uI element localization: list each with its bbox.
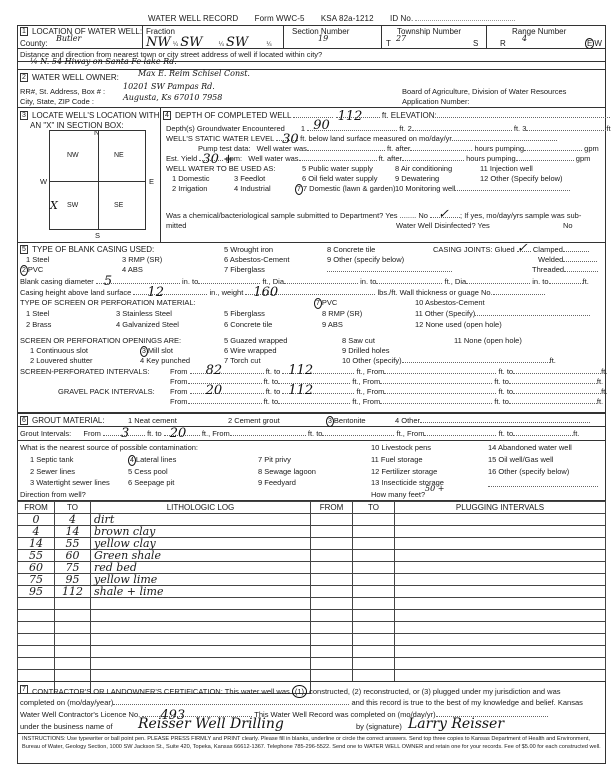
screen-intervals-row-2: From ft. to ft., From ft. toft. (170, 377, 603, 386)
table-row (311, 574, 606, 586)
opening-7[interactable]: 7 Torch cut (224, 356, 261, 365)
casing-6[interactable]: 6 Asbestos-Cement (224, 255, 289, 264)
form-number: Form WWC-5 (255, 14, 305, 23)
grout-4[interactable]: 4 Other (395, 416, 590, 425)
contam-2[interactable]: 2 Sewer lines (30, 467, 75, 476)
screen-8[interactable]: 8 RMP (SR) (322, 309, 362, 318)
table-row (311, 550, 606, 562)
yield-row: Est. Yield 30 + gpm: Well water was ft. … (166, 154, 590, 163)
casing-3[interactable]: 3 RMP (SR) (122, 255, 162, 264)
id-field[interactable] (415, 20, 515, 21)
contam-9[interactable]: 9 Feedyard (258, 478, 296, 487)
diameter-row: Blank casing diameter 5 in. to ft., Dia … (20, 277, 589, 286)
static-level-row: WELL'S STATIC WATER LEVEL 30 ft. below l… (166, 134, 557, 143)
owner-value[interactable]: Max E. Reim Schisel Const. (138, 69, 250, 78)
col-lithologic-log: LITHOLOGIC LOG (91, 502, 311, 514)
screen-7-selected[interactable]: 7PVC (314, 298, 337, 309)
table-row: 1455yellow clay (18, 538, 311, 550)
use-12[interactable]: 12 Other (Specify below) (480, 174, 563, 183)
contam-1[interactable]: 1 Septic tank (30, 455, 73, 464)
opening-5[interactable]: 5 Guazed wrapped (224, 336, 287, 345)
table-row (311, 622, 606, 634)
blank-casing-heading: 5TYPE OF BLANK CASING USED: (20, 245, 154, 254)
table-row: 5560Green shale (18, 550, 311, 562)
threaded-option[interactable]: Threaded (532, 265, 598, 274)
table-row (311, 526, 606, 538)
screen-intervals-label: SCREEN-PERFORATED INTERVALS: (20, 367, 150, 376)
casing-2-selected[interactable]: 2PVC (20, 265, 43, 276)
diameter-value[interactable]: 5 (104, 274, 112, 289)
table-row (18, 670, 311, 682)
use-10[interactable]: 10 Monitoring well (395, 184, 570, 193)
city-value[interactable]: Augusta, Ks 67010 7958 (123, 93, 222, 102)
grout-intervals-row: Grout Intervals: From 3 ft. to 20 ft., F… (20, 429, 579, 438)
opening-10[interactable]: 10 Other (specify)ft. (342, 356, 556, 365)
contam-14[interactable]: 14 Abandoned water well (488, 443, 572, 452)
use-5[interactable]: 5 Public water supply (302, 164, 373, 173)
contam-12[interactable]: 12 Fertilizer storage (371, 467, 437, 476)
table-row (311, 538, 606, 550)
table-row: 414brown clay (18, 526, 311, 538)
opening-1[interactable]: 1 Continuous slot (30, 346, 88, 355)
contam-5[interactable]: 5 Cess pool (128, 467, 168, 476)
table-row (311, 598, 606, 610)
form-title-line: WATER WELL RECORD Form WWC-5 KSA 82a-121… (148, 14, 529, 23)
screen-to-value[interactable]: 112 (288, 363, 313, 378)
contam-8[interactable]: 8 Sewage lagoon (258, 467, 316, 476)
screen-6[interactable]: 6 Concrete tile (224, 320, 272, 329)
depth-value[interactable]: 112 (338, 109, 363, 124)
casing-8[interactable]: 8 Concrete tile (327, 245, 375, 254)
table-row (311, 610, 606, 622)
grout-heading: 6GROUT MATERIAL: (20, 416, 105, 425)
quadrant-nw: NW (67, 152, 79, 159)
col-from: FROM (18, 502, 55, 514)
gravel-label: GRAVEL PACK INTERVALS: (58, 387, 155, 396)
opening-4[interactable]: 4 Key punched (140, 356, 190, 365)
table-row (311, 658, 606, 670)
lithologic-header-row: FROM TO LITHOLOGIC LOG (18, 502, 311, 514)
opening-2[interactable]: 2 Louvered shutter (30, 356, 93, 365)
casing-7[interactable]: 7 Fiberglass (224, 265, 265, 274)
col-plug-from: FROM (311, 502, 353, 514)
gravel-to-value[interactable]: 112 (288, 383, 313, 398)
table-row (18, 634, 311, 646)
lithologic-log-table: FROM TO LITHOLOGIC LOG 04dirt 414brown c… (17, 501, 311, 694)
board-label: Board of Agriculture, Division of Water … (402, 87, 566, 96)
screen-5[interactable]: 5 Fiberglass (224, 309, 265, 318)
compass-w: W (40, 177, 47, 186)
section-box-grid[interactable]: NW NE SW SE X (49, 130, 146, 230)
compass-e: E (149, 177, 154, 186)
certification-line-2: completed on (mo/day/year) and this reco… (20, 698, 583, 707)
business-value[interactable]: Reisser Well Drilling (138, 716, 284, 732)
screen-intervals-row-1: From 82 ft. to 112 ft., From ft. toft. (170, 367, 607, 376)
use-9[interactable]: 9 Dewatering (395, 174, 439, 183)
table-row (311, 586, 606, 598)
use-7-selected[interactable]: 77 Domestic (lawn & garden) (295, 184, 395, 195)
township-value[interactable]: 27 (396, 34, 406, 43)
screen-material-heading: TYPE OF SCREEN OR PERFORATION MATERIAL: (20, 298, 196, 307)
use-2[interactable]: 2 Irrigation (172, 184, 207, 193)
contam-15[interactable]: 15 Oil well/Gas well (488, 455, 553, 464)
depth-row: 4DEPTH OF COMPLETED WELL 112 ft. ELEVATI… (163, 111, 611, 120)
opening-11[interactable]: 11 None (open hole) (454, 336, 522, 345)
contam-3[interactable]: 3 Watertight sewer lines (30, 478, 110, 487)
table-row (18, 646, 311, 658)
casing-5[interactable]: 5 Wrought iron (224, 245, 273, 254)
instructions-text: INSTRUCTIONS: Use typewriter or ball poi… (22, 735, 602, 751)
disinfected-yes[interactable]: Water Well Disinfected? Yes (396, 221, 490, 230)
groundwater-depth-1[interactable]: 90 (313, 118, 330, 133)
signature-value[interactable]: Larry Reisser (408, 716, 504, 732)
screen-11[interactable]: 11 Other (Specify) (415, 309, 590, 318)
table-row (311, 514, 606, 526)
city-label: City, State, ZIP Code : (20, 97, 94, 106)
disinfected-no[interactable]: No (563, 221, 573, 230)
table-row: 6075red bed (18, 562, 311, 574)
casing-height-row: Casing height above land surface 12 in.,… (20, 288, 545, 297)
constructed-circled[interactable]: (1) (292, 685, 307, 698)
table-row: 04dirt (18, 514, 311, 526)
casing-weight-value[interactable]: 160 (253, 285, 278, 300)
use-8[interactable]: 8 Air conditioning (395, 164, 452, 173)
plugging-intervals-table: FROM TO PLUGGING INTERVALS (310, 501, 606, 682)
screen-9[interactable]: 9 ABS (322, 320, 343, 329)
signature-label: by (signature) (356, 722, 402, 731)
quadrant-se: SE (114, 202, 123, 209)
grout-2[interactable]: 2 Cement grout (228, 416, 280, 425)
use-11[interactable]: 11 Injection well (480, 164, 533, 173)
quadrant-sw: SW (67, 202, 78, 209)
opening-6[interactable]: 6 Wire wrapped (224, 346, 277, 355)
range-label: Range Number (512, 27, 566, 36)
form-title: WATER WELL RECORD (148, 14, 238, 23)
gravel-from-value[interactable]: 20 (206, 383, 223, 398)
screen-3[interactable]: 3 Stainless Steel (116, 309, 172, 318)
use-6[interactable]: 6 Oil field water supply (302, 174, 377, 183)
col-to: TO (55, 502, 91, 514)
table-row: 95112shale + lime (18, 586, 311, 598)
grout-3-selected[interactable]: 3Bentonite (326, 416, 366, 427)
grout-to-value[interactable]: 20 (170, 426, 187, 441)
range-value[interactable]: 4 (522, 34, 527, 43)
quadrant-ne: NE (114, 152, 124, 159)
table-row: 7595yellow lime (18, 574, 311, 586)
use-1[interactable]: 1 Domestic (172, 174, 210, 183)
township-label: Township Number (397, 27, 461, 36)
casing-4[interactable]: 4 ABS (122, 265, 143, 274)
section-number-value[interactable]: 19 (318, 34, 328, 43)
contam-11[interactable]: 11 Fuel storage (371, 455, 423, 464)
screen-1[interactable]: 1 Steel (26, 309, 49, 318)
table-row (18, 658, 311, 670)
screen-2[interactable]: 2 Brass (26, 320, 51, 329)
county-label: County: (20, 39, 48, 48)
table-row (311, 634, 606, 646)
table-row (311, 562, 606, 574)
business-label: under the business name of (20, 722, 113, 731)
id-label: ID No. (390, 14, 413, 23)
county-value[interactable]: Butler (56, 34, 81, 43)
clamped-option[interactable]: Clamped (533, 245, 563, 254)
table-row (18, 610, 311, 622)
certification-line-1: 7CONTRACTOR'S OR LANDOWNER'S CERTIFICATI… (20, 685, 561, 698)
contam-7[interactable]: 7 Pit privy (258, 455, 291, 464)
address-value[interactable]: 10201 SW Pampas Rd. (123, 82, 215, 91)
pump-test-row-1: Pump test data: Well water was ft. after… (198, 144, 599, 153)
col-plugging-intervals: PLUGGING INTERVALS (395, 502, 606, 514)
well-location-mark: X (50, 199, 58, 212)
contamination-heading: What is the nearest source of possible c… (20, 443, 198, 452)
use-4[interactable]: 4 Industrial (234, 184, 271, 193)
feet-label: How many feet? (371, 490, 425, 499)
screen-10[interactable]: 10 Asbestos-Cement (415, 298, 485, 307)
direction-label: Direction from well? (20, 490, 86, 499)
groundwater-row: Depth(s) Groundwater Encountered 1 90 ft… (166, 124, 611, 133)
table-row (311, 646, 606, 658)
grout-1[interactable]: 1 Neat cement (128, 416, 177, 425)
table-row (18, 598, 311, 610)
use-3[interactable]: 3 Feedlot (234, 174, 265, 183)
contam-6[interactable]: 6 Seepage pit (128, 478, 174, 487)
ksa-code: KSA 82a-1212 (321, 14, 374, 23)
gravel-row-2: From ft. to ft., From ft. toft. (170, 397, 603, 406)
openings-heading: SCREEN OR PERFORATION OPENINGS ARE: (20, 336, 181, 345)
contam-16[interactable]: 16 Other (specify below) (488, 467, 569, 476)
table-row (18, 622, 311, 634)
section-3-heading: 3LOCATE WELL'S LOCATION WITH (20, 111, 159, 120)
opening-8[interactable]: 8 Saw cut (342, 336, 375, 345)
opening-9[interactable]: 9 Drilled holes (342, 346, 390, 355)
joints-row: CASING JOINTS: Glued ✓ Clamped (433, 245, 589, 254)
screen-4[interactable]: 4 Galvanized Steel (116, 320, 179, 329)
address-label: RR#, St. Address, Box # : (20, 87, 105, 96)
sample-question: Was a chemical/bacteriological sample su… (166, 211, 581, 220)
screen-12[interactable]: 12 None used (open hole) (415, 320, 502, 329)
application-label: Application Number: (402, 97, 470, 106)
contam-4-selected[interactable]: 4Lateral lines (128, 455, 176, 466)
plugging-header-row: FROM TO PLUGGING INTERVALS (311, 502, 606, 514)
use-label: WELL WATER TO BE USED AS: (166, 164, 275, 173)
casing-9[interactable]: 9 Other (specify below) (327, 255, 404, 264)
section-2-heading: 2WATER WELL OWNER: (20, 73, 119, 82)
casing-1[interactable]: 1 Steel (26, 255, 49, 264)
welded-option[interactable]: Welded (538, 255, 597, 264)
contam-10[interactable]: 10 Livestock pens (371, 443, 431, 452)
distance-value[interactable]: ¼ N. 54 Hiway on Santa Fe lake Rd. (30, 57, 177, 66)
glued-check[interactable]: ✓ (517, 241, 528, 256)
table-row (311, 670, 606, 682)
feet-value[interactable]: 50 + (425, 484, 444, 493)
sample-no-check[interactable]: ✓ (438, 207, 449, 222)
compass-s: S (95, 231, 100, 240)
col-plug-to: TO (353, 502, 395, 514)
grout-from-value[interactable]: 3 (121, 426, 129, 441)
screen-from-value[interactable]: 82 (206, 363, 223, 378)
gravel-row-1: From 20 ft. to 112 ft., From ft. toft. (170, 387, 607, 396)
